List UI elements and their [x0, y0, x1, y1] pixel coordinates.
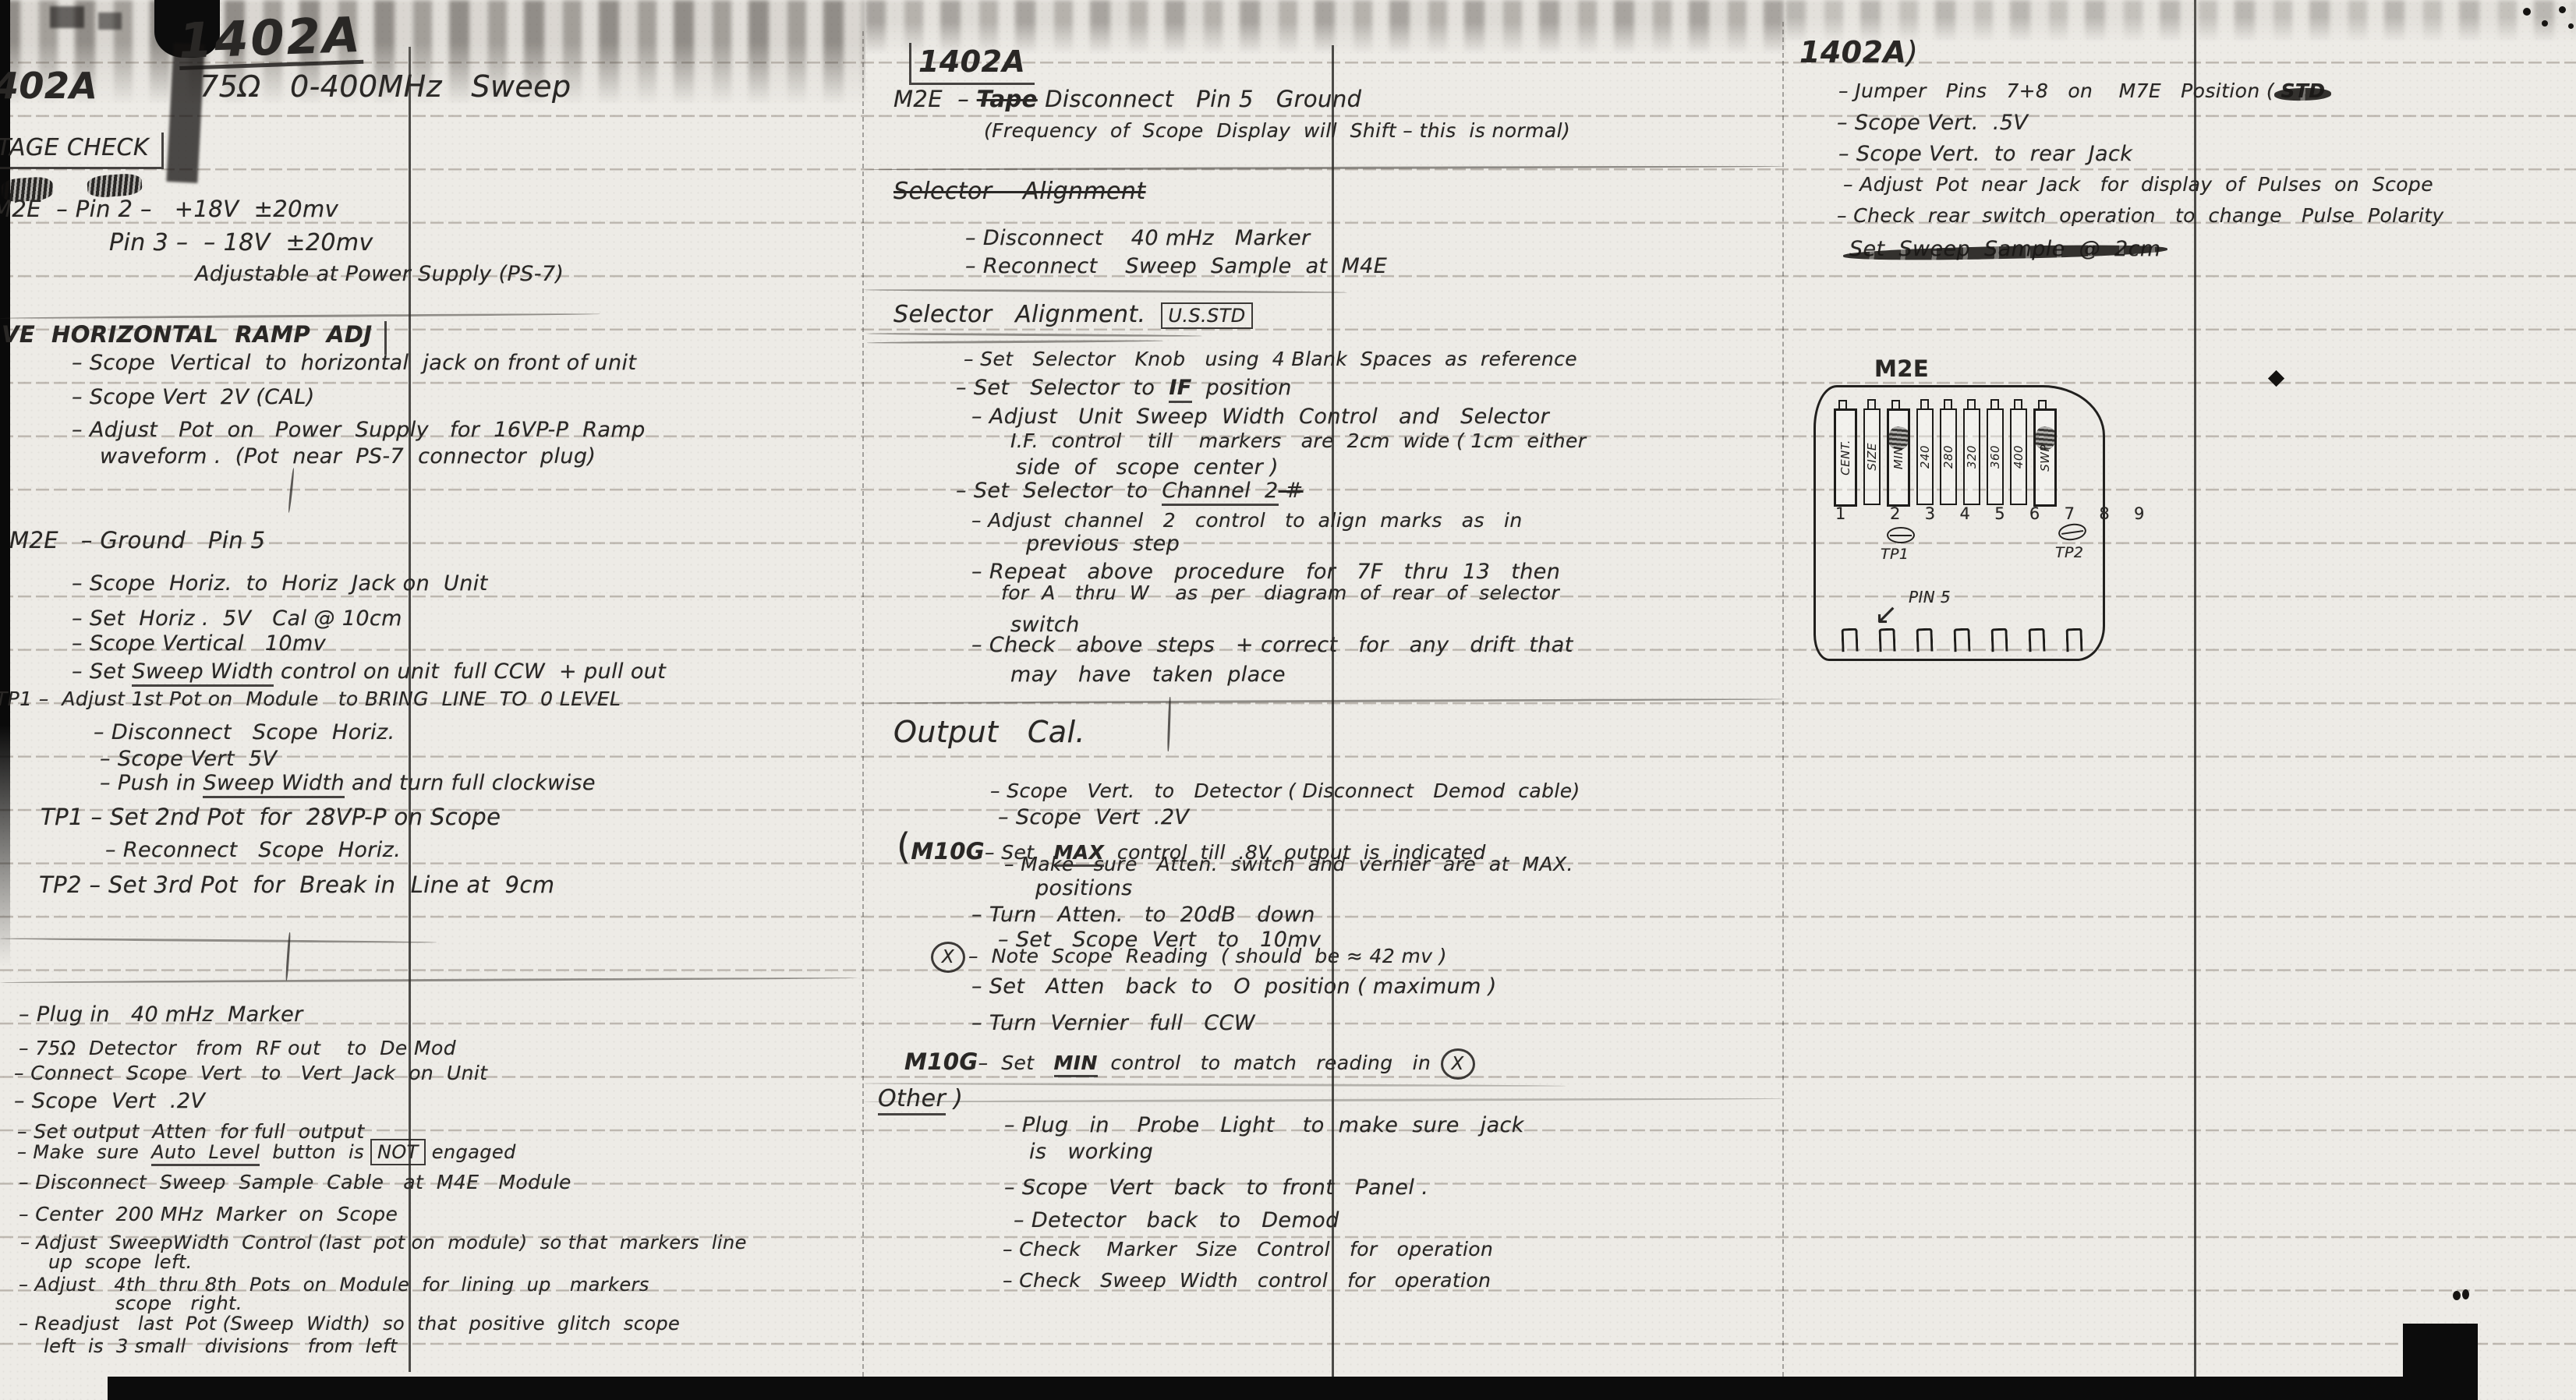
- note-line: – Scope Vertical to horizontal jack on f…: [72, 352, 636, 374]
- note-line: – Check Marker Size Control for operatio…: [1003, 1239, 1493, 1260]
- note-line-tp1: TP1 – Set 2nd Pot for 28VP-P on Scope: [41, 805, 501, 829]
- pot-slot-3: MIN: [1887, 408, 1910, 507]
- note-line: – Scope Vert .2V: [14, 1091, 205, 1112]
- ink-dot: [2568, 23, 2574, 29]
- note-line: side of scope center ): [1016, 457, 1279, 479]
- note-line: I.F. control till markers are 2cm wide (…: [1010, 431, 1586, 451]
- module-pin: [1916, 628, 1933, 652]
- crossed-out-note-line: Set Sweep Sample @ 2cm: [1849, 239, 2161, 260]
- note-line: – Detector back to Demod: [1014, 1210, 1339, 1232]
- section-heading-other: Other ): [878, 1087, 963, 1112]
- module-pin: [1990, 628, 2008, 652]
- pot-slot-row: CENT. SIZE MIN 240 280 320 360 400 SWP: [1834, 408, 2057, 507]
- note-line: – Adjust 4th thru 8th Pots on Module for…: [19, 1275, 649, 1295]
- pin5-label: PIN 5: [1909, 589, 1951, 606]
- note-line: – Set Selector to IF position: [956, 377, 1292, 399]
- note-line: left is 3 small divisions from left: [44, 1337, 398, 1356]
- note-line: – Scope Vert 2V (CAL): [72, 387, 315, 408]
- model-number: 402A: [0, 67, 97, 104]
- module-pin: [2028, 628, 2045, 652]
- page-title-big: 1402A: [178, 9, 363, 70]
- note-line-tp1: TP1 – Adjust 1st Pot on Module to BRING …: [0, 689, 621, 709]
- page-boundary-right: [1782, 22, 1784, 1400]
- note-line: – Set Horiz . 5V Cal @ 10cm: [72, 608, 402, 630]
- section-heading-voltage-check: TAGE CHECK: [0, 136, 164, 161]
- note-line: – Disconnect Scope Horiz.: [94, 722, 395, 744]
- section-heading-output-cal: Output Cal.: [893, 717, 1085, 748]
- note-line-m10g-min: M10G– Set MIN control to match reading i…: [904, 1048, 1478, 1080]
- note-line: – Reconnect Scope Horiz.: [105, 840, 401, 861]
- note-line: – Scope Vert back to front Panel .: [1004, 1177, 1428, 1199]
- note-line: for A thru W as per diagram of rear of s…: [1001, 583, 1559, 603]
- ink-dot: [2559, 6, 2566, 13]
- note-line: – Set Sweep Width control on unit full C…: [72, 661, 666, 683]
- note-line: – 75Ω Detector from RF out to De Mod: [19, 1038, 456, 1059]
- module-pin: [1878, 628, 1895, 652]
- note-line: – Push in Sweep Width and turn full cloc…: [100, 772, 596, 794]
- note-line: – Scope Horiz. to Horiz Jack on Unit: [72, 573, 488, 595]
- tp1-label: TP1: [1881, 547, 1909, 563]
- scan-bottom-bar: [108, 1377, 2478, 1400]
- note-line: – Scope Vert. .5V: [1837, 112, 2028, 134]
- note-line: Adjustable at Power Supply (PS-7): [195, 263, 564, 285]
- note-line: Pin 3 – – 18V ±20mv: [109, 231, 373, 256]
- note-line: M2E – Pin 2 – +18V ±20mv: [0, 197, 338, 221]
- page-boundary-left: [862, 31, 864, 1400]
- note-line: – Disconnect 40 mHz Marker: [965, 228, 1311, 249]
- note-line: – Readjust last Pot (Sweep Width) so tha…: [19, 1314, 680, 1334]
- scan-corner-block: [2403, 1324, 2478, 1400]
- pot-slot-7: 360: [1987, 408, 2004, 505]
- note-line: positions: [1035, 878, 1133, 900]
- pot-slot-8: 400: [2010, 408, 2027, 505]
- note-line: is working: [1029, 1141, 1153, 1163]
- note-line: – Scope Vert 5V: [100, 748, 277, 770]
- note-line: – Set Selector to Channel 2 #: [956, 480, 1304, 502]
- note-line: – Scope Vert. to Detector ( Disconnect D…: [990, 781, 1580, 801]
- note-line: waveform . (Pot near PS-7 connector plug…: [100, 446, 596, 468]
- note-line: – Set Atten back to O position ( maximum…: [971, 976, 1497, 998]
- note-line: may have taken place: [1010, 664, 1286, 686]
- note-line-tp2: TP2 – Set 3rd Pot for Break in Line at 9…: [39, 873, 554, 896]
- note-line-jumper: – Jumper Pins 7+8 on M7E Position ( STD: [1838, 81, 2325, 101]
- ink-mark: [98, 12, 122, 30]
- ink-dot: [2542, 20, 2548, 27]
- note-line: – Make sure Atten. switch and vernier ar…: [1004, 854, 1573, 875]
- note-line: – Scope Vertical 10mv: [72, 633, 326, 655]
- page-header: 1402A): [1799, 37, 1918, 69]
- note-line: – Check rear switch operation to change …: [1837, 206, 2444, 226]
- arrow-icon: ↙: [1874, 600, 1898, 630]
- note-line: – Adjust channel 2 control to align mark…: [971, 511, 1523, 531]
- ink-dot: [2462, 1289, 2469, 1299]
- note-line: – Center 200 MHz Marker on Scope: [19, 1204, 398, 1225]
- tp1-screw: [1887, 527, 1915, 543]
- note-line: – Set Selector Knob using 4 Blank Spaces…: [964, 349, 1577, 369]
- note-line: – Reconnect Sweep Sample at M4E: [965, 256, 1387, 278]
- note-line: M2E – Ground Pin 5: [9, 529, 266, 552]
- tp2-label: TP2: [2055, 546, 2083, 561]
- pot-slot-6: 320: [1963, 408, 1980, 505]
- module-pin: [1841, 628, 1858, 652]
- note-line: (Frequency of Scope Display will Shift –…: [984, 121, 1570, 141]
- note-line: – Adjust SweepWidth Control (last pot on…: [20, 1233, 747, 1253]
- module-pins: [1842, 628, 2082, 652]
- ink-dot: [2523, 8, 2531, 16]
- note-line: – Check above steps + correct for any dr…: [971, 635, 1573, 656]
- section-heading-selector-alignment: Selector Alignment. U.S.STD: [893, 302, 1253, 327]
- pin-numbers: 1 2 3 4 5 6 7 8 9: [1835, 505, 2149, 522]
- note-line: – Scope Vert .2V: [998, 807, 1189, 829]
- note-line-auto-level: – Make sure Auto Level button is NOT eng…: [17, 1143, 516, 1162]
- pot-slot-5: 280: [1940, 408, 1957, 505]
- pot-slot-2: SIZE: [1863, 408, 1881, 505]
- note-line: – Disconnect Sweep Sample Cable at M4E M…: [19, 1172, 571, 1193]
- note-line-m2e: M2E – Tape Disconnect Pin 5 Ground: [893, 87, 1361, 111]
- note-line: scope right.: [115, 1294, 242, 1313]
- module-pin: [1953, 628, 1970, 652]
- pot-slot-1: CENT.: [1834, 408, 1857, 507]
- note-line: up scope left.: [48, 1253, 193, 1272]
- note-line-x-reading: X– Note Scope Reading ( should be ≈ 42 m…: [928, 942, 1447, 973]
- section-heading-ramp-adj: VE HORIZONTAL RAMP ADJ: [2, 323, 387, 346]
- note-line: – Turn Atten. to 20dB down: [971, 904, 1315, 926]
- module-pin: [2065, 628, 2082, 652]
- scanned-notes-page: 1402A 402A 75Ω 0-400MHz Sweep TAGE CHECK…: [0, 0, 2576, 1400]
- note-line: – Plug in Probe Light to make sure jack: [1004, 1115, 1524, 1137]
- ink-dot: [2453, 1291, 2461, 1300]
- pot-slot-9: SWP: [2033, 408, 2057, 507]
- diagram-label: M2E: [1874, 357, 1929, 380]
- page-header: 1402A: [909, 47, 1035, 78]
- struck-heading-selector-alignment: Selector Alignment: [893, 179, 1146, 204]
- note-line: – Set output Atten for full output: [17, 1122, 365, 1142]
- note-line: – Adjust Pot near Jack for display of Pu…: [1843, 175, 2433, 195]
- note-line: – Repeat above procedure for 7F thru 13 …: [971, 561, 1560, 583]
- note-line: – Scope Vert. to rear Jack: [1838, 143, 2132, 165]
- note-line: – Turn Vernier full CCW: [971, 1013, 1255, 1034]
- page-subtitle: 75Ω 0-400MHz Sweep: [200, 72, 571, 103]
- note-line: previous step: [1026, 533, 1180, 555]
- note-line: – Plug in 40 mHz Marker: [19, 1004, 303, 1026]
- pot-slot-4: 240: [1916, 408, 1934, 505]
- note-line: – Adjust Unit Sweep Width Control and Se…: [971, 406, 1549, 428]
- note-line: – Adjust Pot on Power Supply for 16VP-P …: [72, 419, 646, 441]
- note-line: – Connect Scope Vert to Vert Jack on Uni…: [14, 1063, 487, 1084]
- ink-mark: [50, 6, 84, 28]
- note-line: – Check Sweep Width control for operatio…: [1003, 1271, 1491, 1291]
